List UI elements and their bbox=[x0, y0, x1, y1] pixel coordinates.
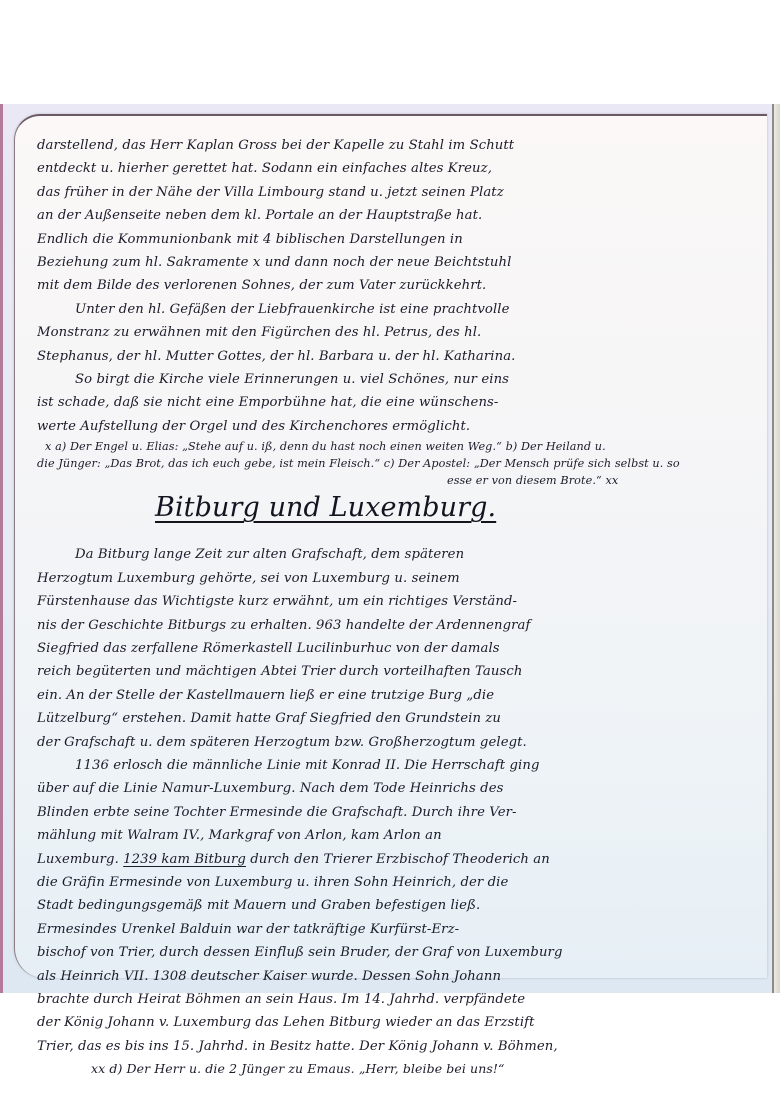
footnote-line: esse er von diesem Brote.“ xx bbox=[37, 472, 757, 489]
monstrance-paragraph: Unter den hl. Gefäßen der Liebfrauenkirc… bbox=[37, 298, 757, 368]
text-line: werte Aufstellung der Orgel und des Kirc… bbox=[37, 415, 757, 438]
text-line: Herzogtum Luxemburg gehörte, sei von Lux… bbox=[37, 567, 757, 590]
text-line-1239: Luxemburg. 1239 kam Bitburg durch den Tr… bbox=[37, 848, 757, 871]
text-line: Siegfried das zerfallene Römerkastell Lu… bbox=[37, 637, 757, 660]
text-line: ist schade, daß sie nicht eine Emporbühn… bbox=[37, 391, 757, 414]
text-line: über auf die Linie Namur-Luxemburg. Nach… bbox=[37, 777, 757, 800]
footnote-xx: xx d) Der Herr u. die 2 Jünger zu Emaus.… bbox=[37, 1058, 757, 1080]
notebook-page: darstellend, das Herr Kaplan Gross bei d… bbox=[14, 114, 767, 978]
footnote-x: x a) Der Engel u. Elias: „Stehe auf u. i… bbox=[37, 438, 757, 489]
text-line: Beziehung zum hl. Sakramente x und dann … bbox=[37, 251, 757, 274]
text-line: als Heinrich VII. 1308 deutscher Kaiser … bbox=[37, 965, 757, 988]
text-line: das früher in der Nähe der Villa Limbour… bbox=[37, 181, 757, 204]
text-line: der Grafschaft u. dem späteren Herzogtum… bbox=[37, 731, 757, 754]
text-line: Fürstenhause das Wichtigste kurz erwähnt… bbox=[37, 590, 757, 613]
text-line: Endlich die Kommunionbank mit 4 biblisch… bbox=[37, 228, 757, 251]
text-line: Lützelburg“ erstehen. Damit hatte Graf S… bbox=[37, 707, 757, 730]
text-line: nis der Geschichte Bitburgs zu erhalten.… bbox=[37, 614, 757, 637]
text-line: an der Außenseite neben dem kl. Portale … bbox=[37, 204, 757, 227]
text-line: Da Bitburg lange Zeit zur alten Grafscha… bbox=[37, 543, 757, 566]
luxemburg-dynasty-paragraph: 1136 erlosch die männliche Linie mit Kon… bbox=[37, 754, 757, 1058]
text-line: bischof von Trier, durch dessen Einfluß … bbox=[37, 941, 757, 964]
church-description-continued: darstellend, das Herr Kaplan Gross bei d… bbox=[37, 134, 757, 298]
bitburg-history-paragraph: Da Bitburg lange Zeit zur alten Grafscha… bbox=[37, 543, 757, 754]
text-line: die Gräfin Ermesinde von Luxemburg u. ih… bbox=[37, 871, 757, 894]
text-line: entdeckt u. hierher gerettet hat. Sodann… bbox=[37, 157, 757, 180]
page-edge bbox=[772, 104, 780, 993]
text-line: reich begüterten und mächtigen Abtei Tri… bbox=[37, 660, 757, 683]
text-line: brachte durch Heirat Böhmen an sein Haus… bbox=[37, 988, 757, 1011]
footnote-line: die Jünger: „Das Brot, das ich euch gebe… bbox=[37, 455, 757, 472]
text-line: Ermesindes Urenkel Balduin war der tatkr… bbox=[37, 918, 757, 941]
text-line: darstellend, das Herr Kaplan Gross bei d… bbox=[37, 134, 757, 157]
text-line: ein. An der Stelle der Kastellmauern lie… bbox=[37, 684, 757, 707]
church-summary-paragraph: So birgt die Kirche viele Erinnerungen u… bbox=[37, 368, 757, 438]
text-fragment: durch den Trierer Erzbischof Theoderich … bbox=[246, 852, 550, 867]
underlined-date-phrase: 1239 kam Bitburg bbox=[123, 852, 246, 867]
text-line: Trier, das es bis ins 15. Jahrhd. in Bes… bbox=[37, 1035, 757, 1058]
text-line: Stephanus, der hl. Mutter Gottes, der hl… bbox=[37, 345, 757, 368]
text-line: mählung mit Walram IV., Markgraf von Arl… bbox=[37, 824, 757, 847]
text-line: Blinden erbte seine Tochter Ermesinde di… bbox=[37, 801, 757, 824]
margin-strip bbox=[0, 104, 3, 993]
footnote-line: xx d) Der Herr u. die 2 Jünger zu Emaus.… bbox=[37, 1058, 757, 1080]
text-line: So birgt die Kirche viele Erinnerungen u… bbox=[37, 368, 757, 391]
text-fragment: Luxemburg. bbox=[37, 852, 123, 867]
section-heading: Bitburg und Luxemburg. bbox=[155, 491, 757, 525]
text-line: mit dem Bilde des verlorenen Sohnes, der… bbox=[37, 274, 757, 297]
text-line: 1136 erlosch die männliche Linie mit Kon… bbox=[37, 754, 757, 777]
page-text: darstellend, das Herr Kaplan Gross bei d… bbox=[37, 134, 757, 1080]
text-line: Unter den hl. Gefäßen der Liebfrauenkirc… bbox=[37, 298, 757, 321]
footnote-line: x a) Der Engel u. Elias: „Stehe auf u. i… bbox=[37, 438, 757, 455]
text-line: der König Johann v. Luxemburg das Lehen … bbox=[37, 1011, 757, 1034]
text-line: Monstranz zu erwähnen mit den Figürchen … bbox=[37, 321, 757, 344]
text-line: Stadt bedingungsgemäß mit Mauern und Gra… bbox=[37, 894, 757, 917]
